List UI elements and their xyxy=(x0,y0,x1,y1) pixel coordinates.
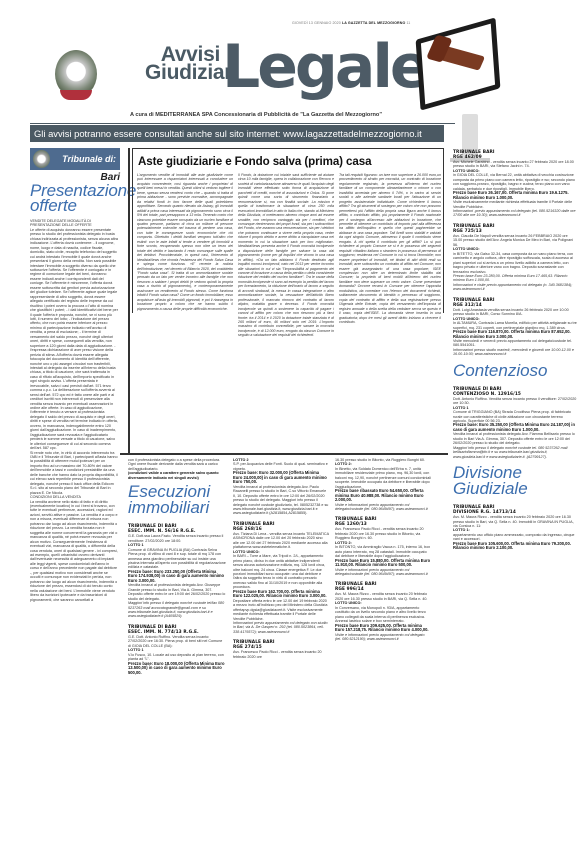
republic-emblem-icon xyxy=(55,50,97,98)
listing-info: Maggiori info presso il delegato nonché … xyxy=(128,601,226,619)
listing-body: Dott. Antonio Ruffino. Vendita senza inc… xyxy=(453,397,577,406)
esecuzioni-column: con il professionista delegato o a spese… xyxy=(128,458,226,681)
listing-price: Prezzo base Euro 15.880,00. Offerta mini… xyxy=(335,559,431,568)
monitor-gavel-icon xyxy=(416,17,501,110)
listing-info: Visite e informazioni previo appuntament… xyxy=(335,568,431,577)
publisher-subline: A cura di MEDITERRANEA SPA Concessionari… xyxy=(130,112,382,118)
listing-price: Prezzo base ribassato Euro 54.650,00. Of… xyxy=(335,489,431,502)
gavel-icon xyxy=(434,44,485,70)
listing-description: in GIOIA DEL COLLE, via Bernai 22, unità… xyxy=(453,173,577,191)
listings-column-4: 16.30 presso studio in Bitonto, via Rugg… xyxy=(335,458,431,647)
listing-body: Avv. Francesco Paolo Ricci - vendita sen… xyxy=(233,650,329,659)
listing-description: in BITETTO, via Galso 32-34, casa compos… xyxy=(453,252,577,274)
listing-price: Prezzo base Euro 209.625,00. Offerta min… xyxy=(335,624,431,633)
listing-price: Prezzo base Euro 105.600,00. Offerta min… xyxy=(453,542,577,551)
listing-info: Visite e informazioni previo appuntament… xyxy=(335,503,431,512)
listing: TRIBUNALE BARI RGE 312/14 Dott. Luigi An… xyxy=(453,298,577,357)
section-title: Presentazione offerte xyxy=(30,183,110,213)
listing-description: In BARI – Torre a Mare, via Tripoli n. 2… xyxy=(233,554,329,590)
section-title-contenzioso: Contenzioso xyxy=(453,363,577,379)
listing-price: Prezzo base Euro 162.700,00. Offerta min… xyxy=(233,590,329,599)
listing-info: Maggiori info presso il delegato nonché … xyxy=(453,446,577,459)
listing: TRIBUNALE DI BARI ESEC. IMM. N. 774/13 R… xyxy=(128,625,226,675)
avvisi-giudiziari-logo: Avvisi Giudiziari xyxy=(145,46,220,82)
listing: TRIBUNALE BARI RGE 996/14 Avv. M. Maura … xyxy=(335,582,431,641)
paragraph: VENDITE DELEGATE MODALITÀ DI PRESENTAZIO… xyxy=(30,219,118,228)
paragraph: Si rende noto che, in virtù di accordo i… xyxy=(30,451,118,496)
listing-contact: Depositare offerta entro le ore 12.00 de… xyxy=(233,599,329,621)
listing-info: Informazioni ,previo appuntamento col de… xyxy=(453,209,577,218)
divider xyxy=(30,123,455,124)
listing-body: Avv. M. Maura Rizzo - vendita senza inca… xyxy=(335,592,431,601)
listing: TRIBUNALE BARI RGE 274/15 Avv. Francesco… xyxy=(233,640,329,659)
listing-price: Prezzo base Euro 23.280,00. Offerta mini… xyxy=(453,274,577,283)
listing-body: Avv. Francesco Paolo Ricci - vendita sen… xyxy=(335,527,431,540)
listing-info: Visite e informazioni previo appuntament… xyxy=(335,633,431,642)
intro-text: con il professionista delegato o a spese… xyxy=(128,458,226,471)
paragraph: Le offerte di acquisto dovranno essere p… xyxy=(30,228,118,451)
crest-icon xyxy=(33,150,50,168)
listing-info: Informazioni e visite previo appuntament… xyxy=(453,283,577,292)
listing-description: In Binetto, via Soldato Domenico dell'Er… xyxy=(335,467,431,489)
listing-contact: Vendita innanzi al professionista delega… xyxy=(453,432,577,445)
listing-description: Comune di TRIGGIANO (BA) Strada Crocifis… xyxy=(453,410,577,423)
listing-body: Avv. Michele Carabino - vendita senza in… xyxy=(453,160,577,169)
listings-column-5: TRIBUNALE BARI RGE 462/09 Avv. Michele C… xyxy=(453,150,577,557)
listing-description: Comune di GRAVINA IN PUGLIA (BA) Contrad… xyxy=(128,548,226,570)
listing-price: Prezzo base Euro 26.167,00. Offerta mini… xyxy=(453,191,577,200)
listing: TRIBUNALE DI BARI CONTENZIOSO N. 12916/1… xyxy=(453,387,577,459)
listing-contact: Vendita innanzi al professionista delega… xyxy=(128,583,226,601)
presentazione-offerte-column: Presentazione offerte VENDITE DELEGATE M… xyxy=(30,183,118,602)
article-bottom-border xyxy=(120,453,448,455)
article-column-3: Tra tali requisiti figurano: un isee non… xyxy=(339,173,441,451)
listing-description: In BITONTO, via Ammiraglio Vacca n. 175,… xyxy=(335,545,431,558)
listing-price: Prezzo base: Euro 35.250,00 (Offerta Min… xyxy=(453,423,577,432)
section-title: Esecuzioni immobiliari xyxy=(128,484,226,516)
masthead: Avvisi Giudiziari Legale A cura di MEDIT… xyxy=(0,30,580,140)
tribunale-header: Tribunale di: xyxy=(30,148,120,170)
intro-bold-text: (condizioni valide a carattere generale … xyxy=(128,471,226,480)
listing-description: In Conversano, via Monopoli n. 93/A, app… xyxy=(335,606,431,624)
article-column-2: Il Fondo, la dotazione cui iniziale sarà… xyxy=(238,173,334,451)
article-border xyxy=(128,148,130,455)
listing-price: Prezzo base: Euro 32.000,00 (Offerta Min… xyxy=(233,471,329,484)
listing-body: G.E. Dott. Antonio Ruffino. Vendita senz… xyxy=(128,635,226,648)
website-banner: Gli avvisi potranno essere consultati an… xyxy=(30,125,444,142)
listing-body: Avv. Claudia De Napoli vendita senza inc… xyxy=(453,234,577,247)
listing-price: Prezzo base: Euro 233.250,00 (Offerta Mi… xyxy=(128,570,226,583)
listing-body: Dott. Luigi Anastasia vendita senza inca… xyxy=(453,308,577,317)
article-column-1: L'argomento vendite di immobili alle ast… xyxy=(137,173,233,451)
listing: TRIBUNALE DI BARI ESEC. IMM. N. 56/16 R.… xyxy=(128,524,226,619)
dateline: GIOVEDÌ 13 GENNAIO 2020 LA GAZZETTA DEL … xyxy=(292,21,410,25)
listing-info: Informazioni presso studio martedì, merc… xyxy=(453,348,577,357)
listings-column-3: LOTTO 2 S.P. per Acquaviva delle Fonti. … xyxy=(233,458,329,665)
listing-price: Prezzo base: Euro 18.000,00 (Offerta Min… xyxy=(128,662,226,675)
listing-contact: Vendita innanzi al professionista delega… xyxy=(233,485,329,516)
paragraph: La vendita avviene nello stato di fatto … xyxy=(30,500,118,602)
listing: 16.30 presso studio in Bitonto, via Rugg… xyxy=(335,458,431,511)
listing-info: Informazioni previo appuntamento col del… xyxy=(233,621,329,634)
listing: TRIBUNALE BARI RGE 462/09 Avv. Michele C… xyxy=(453,150,577,218)
listing: LOTTO 2 S.P. per Acquaviva delle Fonti. … xyxy=(233,458,329,516)
listing-body: Avv. Tiziana Di Lena - vendita senza inc… xyxy=(233,532,329,550)
tribunale-label: Tribunale di: xyxy=(62,154,116,164)
page-number: 11 xyxy=(406,21,410,25)
listing-body: Avv. M. Maura Rizzo - vendita senza inca… xyxy=(453,515,577,528)
dateline-paper: LA GAZZETTA DEL MEZZOGIORNO xyxy=(342,21,405,25)
listing: TRIBUNALE BARI DIVISIONE R.G. 14713/14 A… xyxy=(453,505,577,551)
legale-logo: Legale xyxy=(222,40,428,94)
listing: TRIBUNALE BARI RGE 725/13 Avv. Claudia D… xyxy=(453,224,577,292)
listing-price: Prezzo base Euro 116.870,00. Offerta min… xyxy=(453,330,577,339)
logo-line-2: Giudiziari xyxy=(145,64,220,82)
listing: TRIBUNALE BARI RGE 1260/13 Avv. Francesc… xyxy=(335,517,431,576)
listing: TRIBUNALE BARI RGE 268/16 Avv. Tiziana D… xyxy=(233,522,329,634)
article-title: Aste giudiziarie e Fondo salva (prima) c… xyxy=(138,155,371,168)
dateline-date: GIOVEDÌ 13 GENNAIO 2020 xyxy=(292,21,341,25)
listing-contact: Visite esclusivamente mediante richiesta… xyxy=(453,200,577,209)
section-title-divisione: Divisione Giudiziale xyxy=(453,465,543,497)
listing-contact: Visite mercoledì e venerdì previo appunt… xyxy=(453,339,577,348)
listing-body: G.E. Dott.ssa Laura Fazio. Vendita senza… xyxy=(128,534,226,543)
